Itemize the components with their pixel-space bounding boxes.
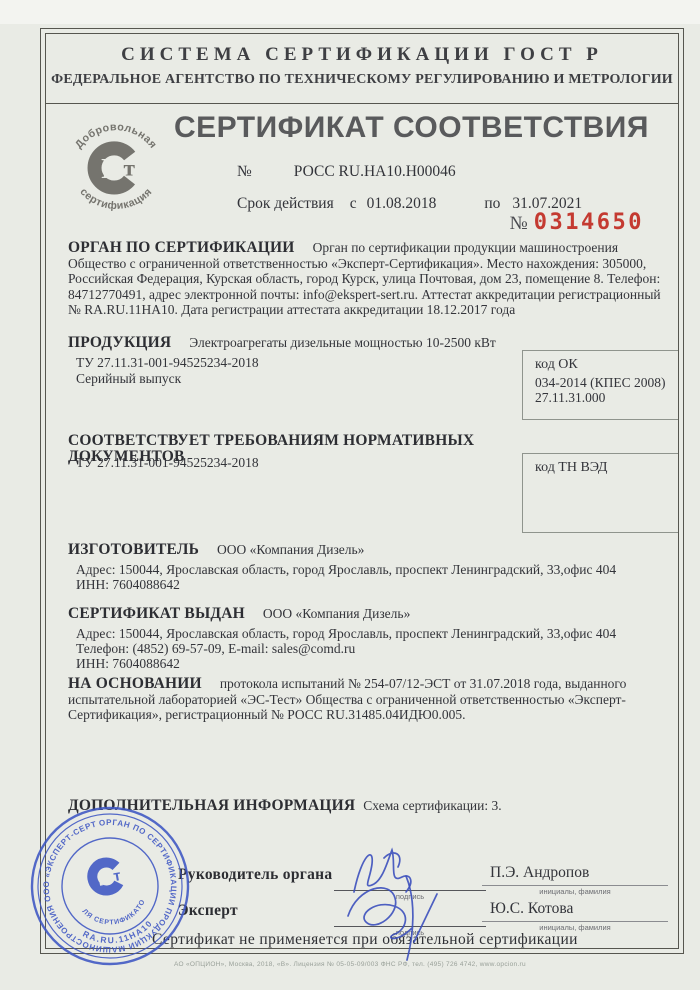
blank-number-label: № (510, 213, 528, 234)
validity-to-label: по (484, 195, 500, 212)
head-name-block: П.Э. Андропов инициалы, фамилия (482, 864, 668, 896)
issued-to-address: Адрес: 150044, Ярославская область, горо… (76, 626, 616, 641)
validity-label: Срок действия (237, 195, 334, 212)
section-production-title: ПРОДУКЦИЯ (68, 334, 171, 351)
section-issued-to-title: СЕРТИФИКАТ ВЫДАН (68, 605, 245, 622)
production-tu: ТУ 27.11.31-001-94525234-2018 (76, 355, 259, 370)
rst-letter-p: Р (101, 154, 118, 185)
signature-expert-ink (334, 872, 474, 964)
rst-letter-t: т (123, 155, 135, 181)
rst-voluntary-certification-logo: Р т Добровольная сертификация (60, 114, 172, 220)
section-production-name: Электроагрегаты дизельные мощностью 10-2… (189, 335, 496, 350)
code-ok-line1: 034-2014 (КПЕС 2008) (535, 375, 670, 391)
stamp-rst-letter-t: т (112, 867, 122, 885)
issued-to-name: ООО «Компания Дизель» (263, 606, 410, 621)
section-basis-title: НА ОСНОВАНИИ (68, 675, 202, 692)
validity-from-date: 01.08.2018 (367, 195, 437, 212)
code-ok-label: код ОК (535, 357, 670, 373)
code-tnved-label: код ТН ВЭД (535, 460, 670, 476)
code-ok-box: код ОК 034-2014 (КПЕС 2008) 27.11.31.000 (522, 350, 678, 420)
code-tnved-box: код ТН ВЭД (522, 453, 678, 533)
section-basis: НА ОСНОВАНИИпротокола испытаний № 254-07… (68, 676, 658, 723)
agency-title: ФЕДЕРАЛЬНОЕ АГЕНТСТВО ПО ТЕХНИЧЕСКОМУ РЕ… (46, 72, 678, 88)
expert-name-block: Ю.С. Котова инициалы, фамилия (482, 900, 668, 932)
head-name: П.Э. Андропов (482, 864, 668, 886)
blank-number: №0314650 (510, 210, 644, 235)
manufacturer-address: Адрес: 150044, Ярославская область, горо… (76, 562, 616, 577)
system-title: СИСТЕМА СЕРТИФИКАЦИИ ГОСТ Р (46, 44, 678, 66)
blank-number-value: 0314650 (534, 210, 644, 235)
header: СИСТЕМА СЕРТИФИКАЦИИ ГОСТ Р ФЕДЕРАЛЬНОЕ … (46, 34, 678, 104)
section-manufacturer-title: ИЗГОТОВИТЕЛЬ (68, 541, 199, 558)
head-name-caption: инициалы, фамилия (482, 886, 668, 896)
certificate-frame-inner: СИСТЕМА СЕРТИФИКАЦИИ ГОСТ Р ФЕДЕРАЛЬНОЕ … (45, 33, 679, 949)
registration-number-label: № (237, 163, 252, 180)
section-certification-body: ОРГАН ПО СЕРТИФИКАЦИИОрган по сертификац… (68, 240, 676, 318)
production-issue-type: Серийный выпуск (76, 371, 181, 386)
code-ok-line2: 27.11.31.000 (535, 390, 670, 406)
scan-top-margin (0, 0, 700, 24)
expert-name: Ю.С. Котова (482, 900, 668, 922)
stamp-rst-letter-p: Р (96, 868, 112, 891)
registration-number-value: РОСС RU.НА10.Н00046 (294, 163, 456, 180)
manufacturer-name: ООО «Компания Дизель» (217, 542, 364, 557)
section-issued-to: СЕРТИФИКАТ ВЫДАНООО «Компания Дизель» (68, 606, 628, 622)
section-certification-body-title: ОРГАН ПО СЕРТИФИКАЦИИ (68, 239, 295, 256)
additional-info-text: Схема сертификации: 3. (363, 798, 501, 813)
registration-number-row: №РОСС RU.НА10.Н00046 (237, 163, 456, 181)
certificate-frame: СИСТЕМА СЕРТИФИКАЦИИ ГОСТ Р ФЕДЕРАЛЬНОЕ … (40, 28, 684, 954)
issued-to-inn: ИНН: 7604088642 (76, 656, 180, 671)
head-role-label: Руководитель органа (178, 866, 332, 884)
section-manufacturer: ИЗГОТОВИТЕЛЬООО «Компания Дизель» (68, 542, 628, 558)
document-title: СЕРТИФИКАТ СООТВЕТСТВИЯ (174, 111, 684, 145)
certification-stamp: ОРГАН ПО СЕРТИФИКАЦИИ ПРОДУКЦИИ МАШИНОСТ… (15, 791, 205, 981)
issued-to-contacts: Телефон: (4852) 69-57-09, E-mail: sales@… (76, 641, 355, 656)
section-production: ПРОДУКЦИЯЭлектроагрегаты дизельные мощно… (68, 335, 538, 351)
validity-from-label: с (350, 195, 357, 212)
manufacturer-inn: ИНН: 7604088642 (76, 577, 180, 592)
conforms-tu: ТУ 27.11.31-001-94525234-2018 (76, 455, 259, 470)
